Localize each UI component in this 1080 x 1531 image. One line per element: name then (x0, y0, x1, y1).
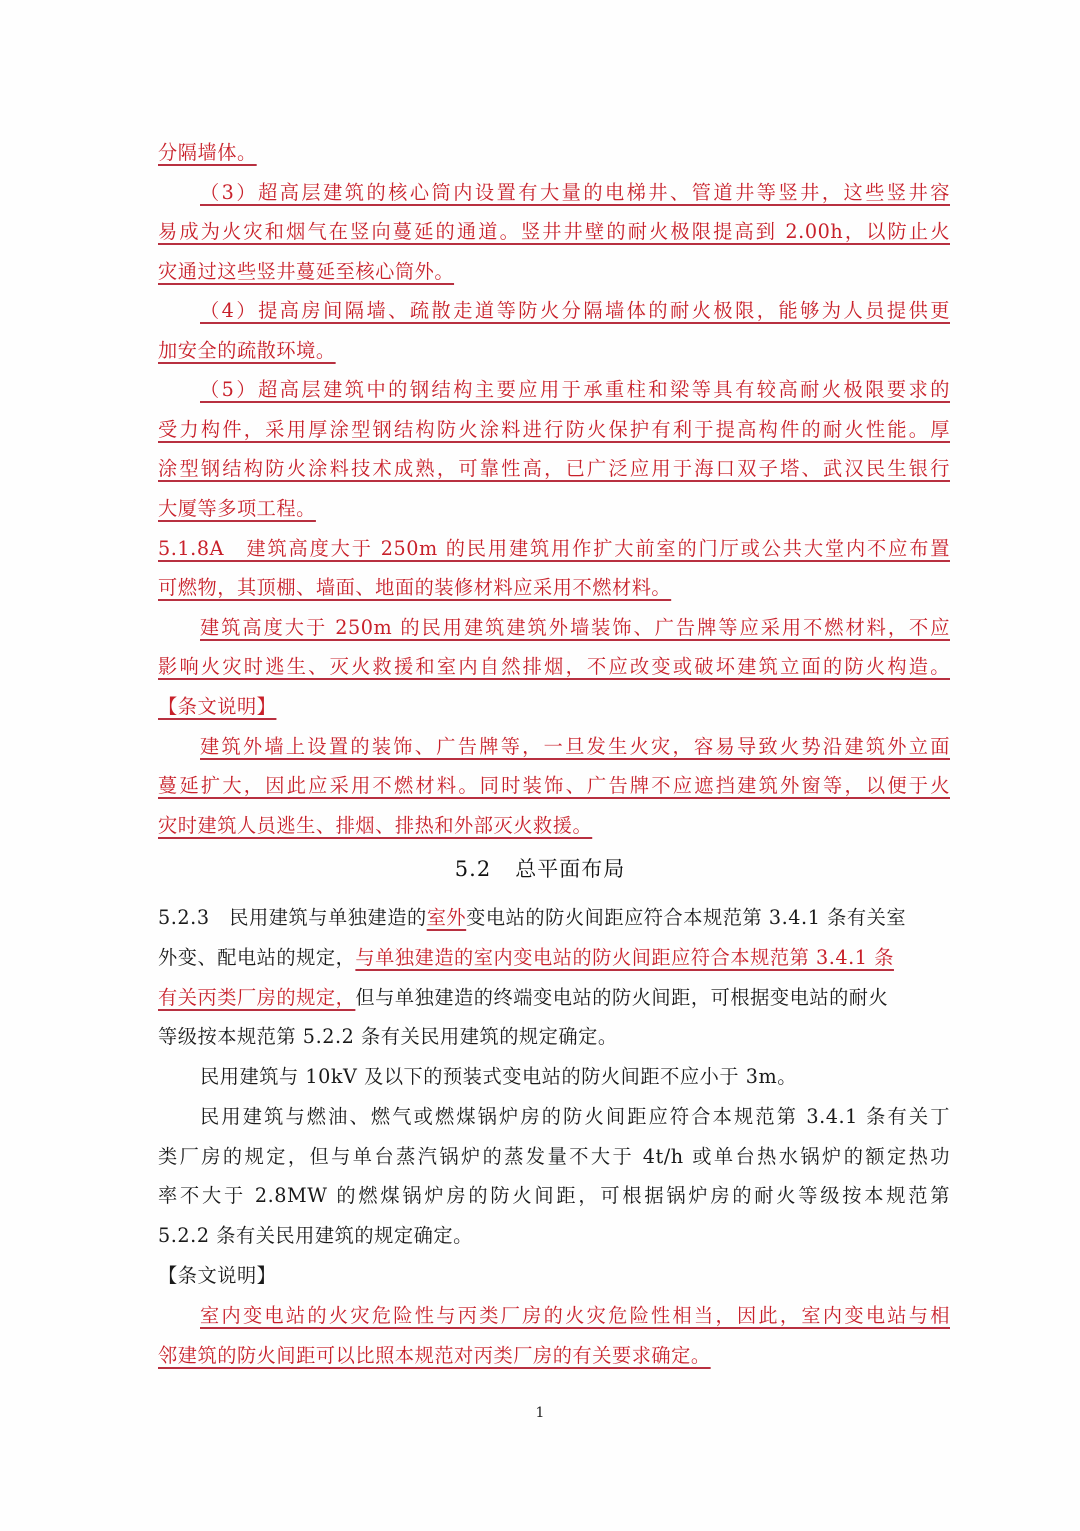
paragraph-line: （5）超高层建筑中的钢结构主要应用于承重柱和梁等具有较高耐火极限要求的 (158, 375, 950, 405)
text-run: 外变、配电站的规定， (158, 946, 355, 969)
text-run: 邻建筑的防火间距可以比照本规范对丙类厂房的有关要求确定。 (158, 1344, 711, 1367)
text-run: 建筑外墙上设置的装饰、广告牌等，一旦发生火灾，容易导致火势沿建筑外立面 (200, 732, 950, 762)
revised-text-run: 与单独建造的室内变电站的防火间距应符合本规范第 3.4.1 条 (355, 946, 894, 969)
clause-5-2-3-line: 5.2.3 民用建筑与单独建造的室外变电站的防火间距应符合本规范第 3.4.1 … (158, 903, 950, 933)
paragraph-line: 率不大于 2.8MW 的燃煤锅炉房的防火间距，可根据锅炉房的耐火等级按本规范第 (158, 1181, 950, 1211)
paragraph-line: 民用建筑与 10kV 及以下的预装式变电站的防火间距不应小于 3m。 (158, 1062, 992, 1092)
text-run: 建筑高度大于 250m 的民用建筑建筑外墙装饰、广告牌等应采用不燃材料，不应 (200, 613, 950, 643)
text-run: 5.1.8A 建筑高度大于 250m 的民用建筑用作扩大前室的门厅或公共大堂内不… (158, 537, 950, 560)
paragraph-line: 涂型钢结构防火涂料技术成熟，可靠性高，已广泛应用于海口双子塔、武汉民生银行 (158, 454, 950, 484)
text-run: 类厂房的规定，但与单台蒸汽锅炉的蒸发量不大于 4t/h 或单台热水锅炉的额定热功 (158, 1145, 950, 1168)
document-page: 分隔墙体。 （3）超高层建筑的核心筒内设置有大量的电梯井、管道井等竖井，这些竖井… (0, 0, 1080, 1531)
paragraph-line: 蔓延扩大，因此应采用不燃材料。同时装饰、广告牌不应遮挡建筑外窗等，以便于火 (158, 771, 950, 801)
text-run: （4）提高房间隔墙、疏散走道等防火分隔墙体的耐火极限，能够为人员提供更 (200, 296, 950, 326)
paragraph-line: 室内变电站的火灾危险性与丙类厂房的火灾危险性相当，因此，室内变电站与相 (158, 1301, 950, 1331)
section-heading: 5.2总平面布局 (0, 854, 1080, 884)
paragraph-line: 等级按本规范第 5.2.2 条有关民用建筑的规定确定。 (158, 1022, 950, 1052)
text-run: 受力构件，采用厚涂型钢结构防火涂料进行防火保护有利于提高构件的耐火性能。厚 (158, 418, 950, 441)
paragraph-line: 加安全的疏散环境。 (158, 336, 950, 366)
paragraph-line: 邻建筑的防火间距可以比照本规范对丙类厂房的有关要求确定。 (158, 1341, 950, 1371)
paragraph-line: 外变、配电站的规定，与单独建造的室内变电站的防火间距应符合本规范第 3.4.1 … (158, 943, 950, 973)
paragraph-line: 建筑外墙上设置的装饰、广告牌等，一旦发生火灾，容易导致火势沿建筑外立面 (158, 732, 950, 762)
text-run: 易成为火灾和烟气在竖向蔓延的通道。竖井井壁的耐火极限提高到 2.00h，以防止火 (158, 220, 950, 243)
text-run: 加安全的疏散环境。 (158, 339, 336, 362)
paragraph-line: 易成为火灾和烟气在竖向蔓延的通道。竖井井壁的耐火极限提高到 2.00h，以防止火 (158, 217, 950, 247)
revised-text-run: 有关丙类厂房的规定， (158, 986, 355, 1009)
paragraph-line: 建筑高度大于 250m 的民用建筑建筑外墙装饰、广告牌等应采用不燃材料，不应 (158, 613, 950, 643)
paragraph-line: 民用建筑与燃油、燃气或燃煤锅炉房的防火间距应符合本规范第 3.4.1 条有关丁 (158, 1102, 950, 1132)
text-run: 大厦等多项工程。 (158, 497, 316, 520)
text-run: 可燃物，其顶棚、墙面、地面的装修材料应采用不燃材料。 (158, 576, 671, 599)
section-title: 总平面布局 (515, 857, 625, 881)
text-run: 但与单独建造的终端变电站的防火间距，可根据变电站的耐火 (355, 986, 888, 1009)
text-run: 灾时建筑人员逃生、排烟、排热和外部灭火救援。 (158, 814, 592, 837)
paragraph-line: 灾时建筑人员逃生、排烟、排热和外部灭火救援。 (158, 811, 950, 841)
revised-text-run: 室外 (427, 906, 466, 929)
paragraph-line: 可燃物，其顶棚、墙面、地面的装修材料应采用不燃材料。 (158, 573, 950, 603)
text-run: 5.2.2 条有关民用建筑的规定确定。 (158, 1224, 473, 1247)
text-run: 影响火灾时逃生、灭火救援和室内自然排烟，不应改变或破坏建筑立面的防火构造。 (158, 655, 950, 678)
text-run: 民用建筑与燃油、燃气或燃煤锅炉房的防火间距应符合本规范第 3.4.1 条有关丁 (200, 1102, 950, 1132)
page-number: 1 (0, 1405, 1080, 1421)
paragraph-line: 大厦等多项工程。 (158, 494, 950, 524)
paragraph-line: 灾通过这些竖井蔓延至核心筒外。 (158, 257, 950, 287)
text-run: 涂型钢结构防火涂料技术成熟，可靠性高，已广泛应用于海口双子塔、武汉民生银行 (158, 457, 950, 480)
paragraph-line: （4）提高房间隔墙、疏散走道等防火分隔墙体的耐火极限，能够为人员提供更 (158, 296, 950, 326)
text-run: 民用建筑与 10kV 及以下的预装式变电站的防火间距不应小于 3m。 (200, 1065, 797, 1088)
text-run: 变电站的防火间距应符合本规范第 3.4.1 条有关室 (466, 906, 906, 929)
paragraph-line: 影响火灾时逃生、灭火救援和室内自然排烟，不应改变或破坏建筑立面的防火构造。 (158, 652, 950, 682)
text-run: 分隔墙体。 (158, 141, 257, 164)
clause-5-1-8a-line: 5.1.8A 建筑高度大于 250m 的民用建筑用作扩大前室的门厅或公共大堂内不… (158, 534, 950, 564)
paragraph-line: （3）超高层建筑的核心筒内设置有大量的电梯井、管道井等竖井，这些竖井容 (158, 178, 950, 208)
text-run: （5）超高层建筑中的钢结构主要应用于承重柱和梁等具有较高耐火极限要求的 (200, 375, 950, 405)
text-run: 蔓延扩大，因此应采用不燃材料。同时装饰、广告牌不应遮挡建筑外窗等，以便于火 (158, 774, 950, 797)
paragraph-line: 类厂房的规定，但与单台蒸汽锅炉的蒸发量不大于 4t/h 或单台热水锅炉的额定热功 (158, 1142, 950, 1172)
text-run: （3）超高层建筑的核心筒内设置有大量的电梯井、管道井等竖井，这些竖井容 (200, 178, 950, 208)
clause-explanation-label: 【条文说明】 (158, 1261, 950, 1291)
paragraph-line: 有关丙类厂房的规定，但与单独建造的终端变电站的防火间距，可根据变电站的耐火 (158, 983, 950, 1013)
text-run: 【条文说明】 (158, 1264, 276, 1287)
text-run: 等级按本规范第 5.2.2 条有关民用建筑的规定确定。 (158, 1025, 618, 1048)
paragraph-line: 分隔墙体。 (158, 138, 950, 168)
text-run: 率不大于 2.8MW 的燃煤锅炉房的防火间距，可根据锅炉房的耐火等级按本规范第 (158, 1184, 950, 1207)
clause-explanation-label: 【条文说明】 (158, 692, 950, 722)
section-number: 5.2 (455, 857, 491, 881)
text-run: 5.2.3 民用建筑与单独建造的 (158, 906, 427, 929)
paragraph-line: 5.2.2 条有关民用建筑的规定确定。 (158, 1221, 950, 1251)
paragraph-line: 受力构件，采用厚涂型钢结构防火涂料进行防火保护有利于提高构件的耐火性能。厚 (158, 415, 950, 445)
text-run: 室内变电站的火灾危险性与丙类厂房的火灾危险性相当，因此，室内变电站与相 (200, 1301, 950, 1331)
text-run: 【条文说明】 (158, 695, 276, 718)
text-run: 灾通过这些竖井蔓延至核心筒外。 (158, 260, 454, 283)
